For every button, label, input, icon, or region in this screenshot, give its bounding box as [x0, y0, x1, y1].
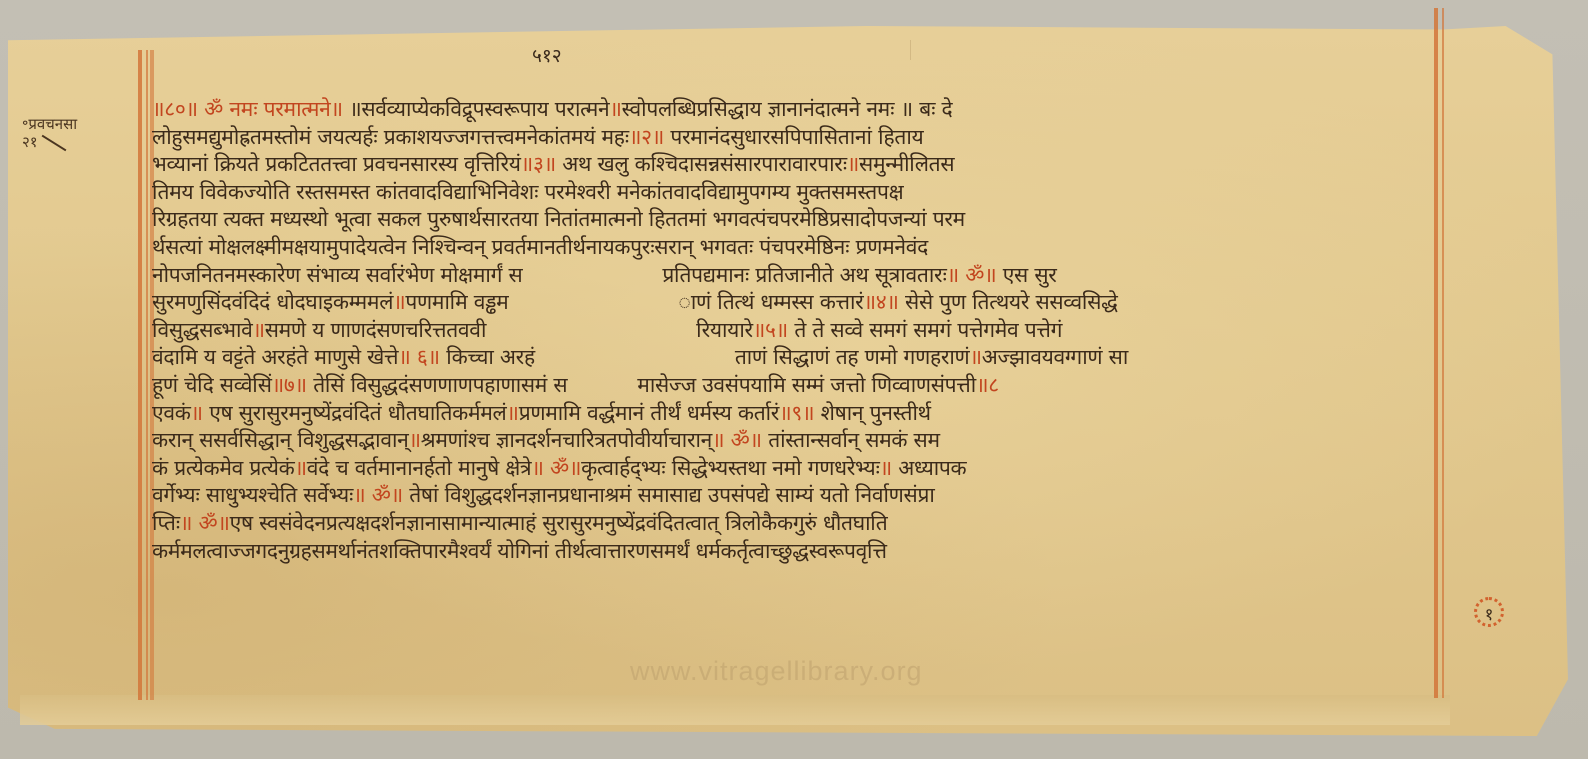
text-segment: तेषां विशुद्धदर्शनज्ञानप्रधानाश्रमं समास… [409, 483, 934, 507]
text-segment: कर्ममलत्वाज्जगदनुग्रहसमर्थानंतशक्तिपारमै… [152, 539, 887, 563]
rubric-verse-marker: ॥४॥ [863, 290, 905, 314]
text-segment: वर्गेभ्यः साधुभ्यश्चेति सर्वेभ्यः [152, 483, 353, 507]
manuscript-line: कं प्रत्येकमेव प्रत्येकं॥वंदे च वर्तमाना… [152, 455, 1440, 483]
text-segment: र्थसत्यां मोक्षलक्ष्मीमक्षयामुपादेयत्वेन… [152, 235, 928, 259]
text-segment: स्वोपलब्धिप्रसिद्धाय ज्ञानानंदात्मने नमः… [622, 97, 953, 121]
manuscript-line: नोपजनितनमस्कारेण संभाव्य सर्वारंभेण मोक्… [152, 262, 1440, 290]
text-segment: अथ खलु कश्चिदासन्नसंसारपारावारपारः [562, 152, 847, 176]
right-margin-rule-inner [1442, 8, 1444, 698]
manuscript-line: र्थसत्यां मोक्षलक्ष्मीमक्षयामुपादेयत्वेन… [152, 234, 1440, 262]
rubric-verse-marker: ॥ ६॥ [398, 345, 446, 369]
folio-number-top: ५१२ [532, 42, 562, 68]
rubric-verse-marker: ॥ [295, 456, 307, 480]
text-segment: विसुद्धसब्भावे [152, 318, 253, 342]
left-margin-rule-outer [138, 50, 142, 700]
text-segment: सेसे पुण तित्थयरे ससव्वसिद्धे [905, 290, 1118, 314]
text-segment: नोपजनितनमस्कारेण संभाव्य सर्वारंभेण मोक्… [152, 263, 522, 287]
manuscript-line: कर्ममलत्वाज्जगदनुग्रहसमर्थानंतशक्तिपारमै… [152, 538, 1440, 566]
text-segment: वंदे च वर्तमानानर्हतो मानुषे क्षेत्रे [307, 456, 532, 480]
left-margin-rule-inner [146, 50, 148, 700]
manuscript-text-block: ॥८०॥ ॐ नमः परमात्मने॥ ॥सर्वव्याप्येकविद्… [152, 96, 1440, 565]
text-segment: रिग्रहतया त्यक्त मध्यस्थो भूत्वा सकल पुर… [152, 207, 965, 231]
rubric-verse-marker: ॥ ॐ॥ [712, 428, 768, 452]
manuscript-line: विसुद्धसब्भावे॥समणे य णाणदंसणचरित्ततववीर… [152, 317, 1440, 345]
rubric-verse-marker: ॥ [253, 318, 265, 342]
text-segment: समुन्मीलितस [859, 152, 954, 176]
text-segment: प्रकाशयज्जगत्तत्त्वमनेकांतमयं महः [384, 125, 629, 149]
text-segment: श्रमणांश्च ज्ञानदर्शनचारित्रतपोवीर्याचार… [421, 428, 712, 452]
folio-bottom-edge [20, 695, 1450, 725]
text-segment: ॥सर्वव्याप्येकविद्रूपस्वरूपाय परात्मने [349, 97, 609, 121]
manuscript-line: ॥८०॥ ॐ नमः परमात्मने॥ ॥सर्वव्याप्येकविद्… [152, 96, 1440, 124]
text-segment: एष सुरासुरमनुष्येंद्रवंदितं धौतघातिकर्मम… [209, 401, 506, 425]
rubric-verse-marker: ॥ [969, 345, 981, 369]
manuscript-line: रिग्रहतया त्यक्त मध्यस्थो भूत्वा सकल पुर… [152, 206, 1440, 234]
text-segment: ते ते सव्वे समगं समगं पत्तेगमेव पत्तेगं [794, 318, 1062, 342]
text-segment: पणमामि वड्ढम [405, 290, 508, 314]
text-segment: एष स्वसंवेदनप्रत्यक्षदर्शनज्ञानासामान्या… [230, 511, 888, 535]
margin-title-note: ॰प्रवचनसा २१ [22, 115, 77, 151]
text-segment: प्रतिपद्यमानः प्रतिजानीते अथ सूत्रावतारः [662, 263, 946, 287]
text-segment: अध्यापक [898, 456, 966, 480]
rubric-verse-marker: ॥ ॐ॥ [947, 263, 1003, 287]
text-segment: परमानंदसुधारसपिपासितानां हिताय [670, 125, 923, 149]
rubric-verse-marker: ॥ [191, 401, 210, 425]
paper-fold-mark [910, 40, 911, 60]
text-segment: कृत्वार्हद्भ्यः सिद्धेभ्यस्तथा नमो गणधरे… [581, 456, 879, 480]
text-segment: समणे य णाणदंसणचरित्ततववी [265, 318, 486, 342]
text-segment: प्तिः [152, 511, 180, 535]
manuscript-line: वर्गेभ्यः साधुभ्यश्चेति सर्वेभ्यः॥ ॐ॥ ते… [152, 482, 1440, 510]
manuscript-photo: ५१२ ॰प्रवचनसा २१ ॥८०॥ ॐ नमः परमात्मने॥ ॥… [0, 0, 1588, 759]
manuscript-line: तिमय विवेकज्योति रस्तसमस्त कांतवादविद्या… [152, 179, 1440, 207]
manuscript-line: प्तिः॥ ॐ॥एष स्वसंवेदनप्रत्यक्षदर्शनज्ञान… [152, 510, 1440, 538]
manuscript-line: एवकं॥ एष सुरासुरमनुष्येंद्रवंदितं धौतघात… [152, 400, 1440, 428]
text-segment: ाणं तित्थं धम्मस्स कत्तारं [678, 290, 863, 314]
text-segment: किच्चा अरहं [446, 345, 535, 369]
rubric-verse-marker: ॥८ [976, 373, 999, 397]
text-segment: तेसिं विसुद्धदंसणणाणपहाणासमं स [313, 373, 567, 397]
text-segment: एवकं [152, 401, 191, 425]
manuscript-line: सुरमणुसिंदवंदिदं धोदघाइकम्ममलं॥पणमामि वड… [152, 289, 1440, 317]
manuscript-line: लोहुसमद्युमोह्रतमस्तोमं जयत्यर्हः प्रकाश… [152, 124, 1440, 152]
rubric-verse-marker: ॥ ॐ॥ [531, 456, 581, 480]
folio-number-margin-medallion: १ [1474, 597, 1504, 627]
text-segment: रियायारे [696, 318, 753, 342]
text-segment: कं प्रत्येकमेव प्रत्येकं [152, 456, 295, 480]
text-segment: करान् ससर्वसिद्धान् विशुद्धसद्भावान् [152, 428, 409, 452]
rubric-verse-marker: ॥ [847, 152, 859, 176]
text-segment: वंदामि य वट्टंते अरहंते माणुसे खेत्ते [152, 345, 398, 369]
manuscript-line: हूणं चेदि सव्वेसिं॥७॥ तेसिं विसुद्धदंसणण… [152, 372, 1440, 400]
watermark-url: www.vitragellibrary.org [630, 656, 923, 687]
rubric-verse-marker: ॥७॥ [272, 373, 314, 397]
manuscript-line: वंदामि य वट्टंते अरहंते माणुसे खेत्ते॥ ६… [152, 344, 1440, 372]
rubric-verse-marker: ॥ ॐ॥ [180, 511, 230, 535]
rubric-verse-marker: ॥ [609, 97, 621, 121]
text-segment: शेषान् पुनस्तीर्थ [821, 401, 931, 425]
manuscript-line: करान् ससर्वसिद्धान् विशुद्धसद्भावान्॥श्र… [152, 427, 1440, 455]
rubric-verse-marker: ॥ [393, 290, 405, 314]
text-segment: तांस्तान्सर्वान् समकं सम [768, 428, 940, 452]
margin-stroke-mark [41, 134, 66, 151]
text-segment: लोहुसमद्युमोह्रतमस्तोमं जयत्यर्हः [152, 125, 384, 149]
margin-number: २१ [22, 133, 38, 151]
rubric-verse-marker: ॥ [880, 456, 899, 480]
rubric-verse-marker: ॥८०॥ ॐ नमः परमात्मने॥ [152, 97, 349, 121]
rubric-verse-marker: ॥३॥ [521, 152, 563, 176]
text-segment: हूणं चेदि सव्वेसिं [152, 373, 272, 397]
margin-title: ॰प्रवचनसा [22, 115, 77, 133]
text-segment: भव्यानां क्रियते प्रकटिततत्त्वा प्रवचनसा… [152, 152, 521, 176]
text-segment: एस सुर [1003, 263, 1057, 287]
text-segment: ताणं सिद्धाणं तह णमो गणहराणं [735, 345, 970, 369]
rubric-verse-marker: ॥९॥ [779, 401, 821, 425]
text-segment: प्रणमामि वर्द्धमानं तीर्थं धर्मस्य कर्ता… [519, 401, 779, 425]
rubric-verse-marker: ॥ [506, 401, 518, 425]
text-segment: तिमय विवेकज्योति रस्तसमस्त कांतवादविद्या… [152, 180, 903, 204]
rubric-verse-marker: ॥२॥ [629, 125, 671, 149]
rubric-verse-marker: ॥ ॐ॥ [353, 483, 409, 507]
rubric-verse-marker: ॥ [409, 428, 421, 452]
text-segment: मासेज्ज उवसंपयामि सम्मं जत्तो णिव्वाणसंप… [637, 373, 976, 397]
manuscript-line: भव्यानां क्रियते प्रकटिततत्त्वा प्रवचनसा… [152, 151, 1440, 179]
rubric-verse-marker: ॥५॥ [753, 318, 795, 342]
text-segment: अज्झावयवग्गाणं सा [982, 345, 1128, 369]
text-segment: सुरमणुसिंदवंदिदं धोदघाइकम्ममलं [152, 290, 393, 314]
